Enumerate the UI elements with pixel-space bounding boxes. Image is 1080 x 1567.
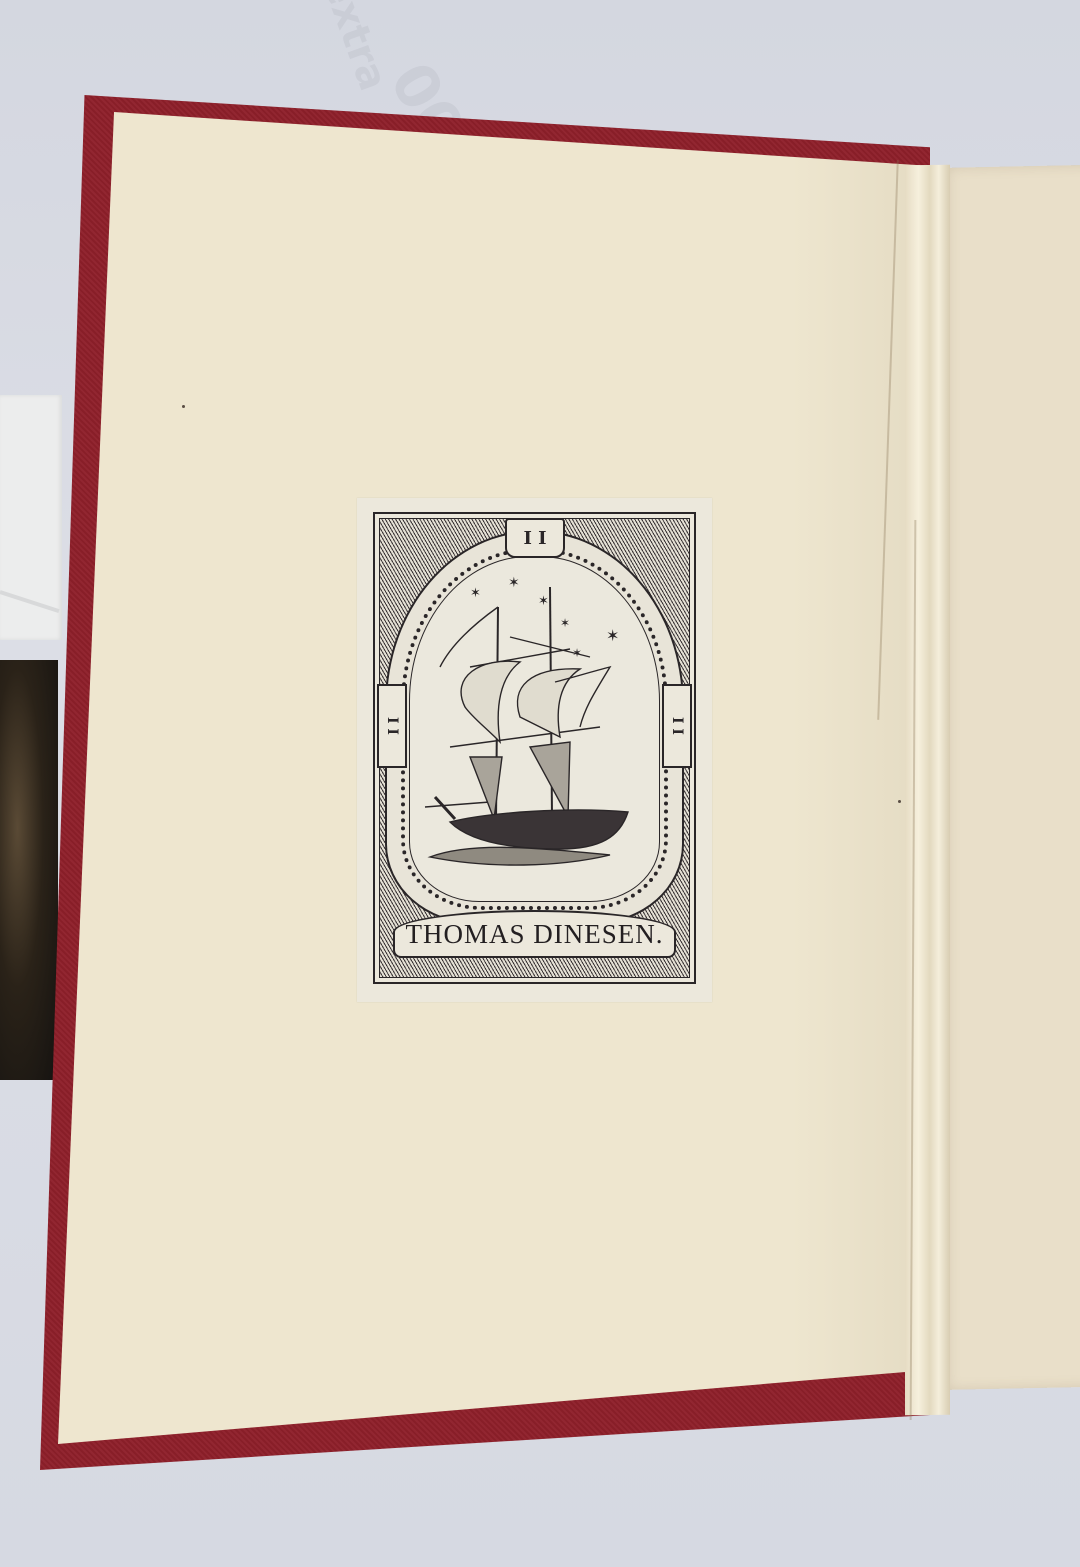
star-icon: ✶ — [560, 616, 570, 630]
name-banner: THOMAS DINESEN. — [393, 910, 676, 958]
paper-speck — [898, 800, 901, 803]
first-free-page — [940, 165, 1080, 1390]
top-cartouche: Ι Ι — [505, 518, 565, 558]
star-icon: ✶ — [538, 593, 549, 608]
paper-speck — [182, 405, 185, 408]
bookplate-ex-libris: ✶ ✶ ✶ ✶ ✶ ✶ — [357, 498, 712, 1002]
bookplate-frame: ✶ ✶ ✶ ✶ ✶ ✶ — [373, 512, 696, 984]
owner-name: THOMAS DINESEN. — [406, 919, 664, 950]
star-icon: ✶ — [606, 628, 619, 645]
sailing-ship-illustration: ✶ ✶ ✶ ✶ ✶ ✶ — [410, 557, 660, 897]
right-cartouche: Ι Ι — [662, 684, 692, 768]
star-icon: ✶ — [470, 585, 481, 600]
dark-object-under-envelope — [0, 660, 58, 1080]
left-cartouche: Ι Ι — [377, 684, 407, 768]
star-icon: ✶ — [508, 576, 520, 591]
arch-field: ✶ ✶ ✶ ✶ ✶ ✶ — [409, 556, 660, 902]
